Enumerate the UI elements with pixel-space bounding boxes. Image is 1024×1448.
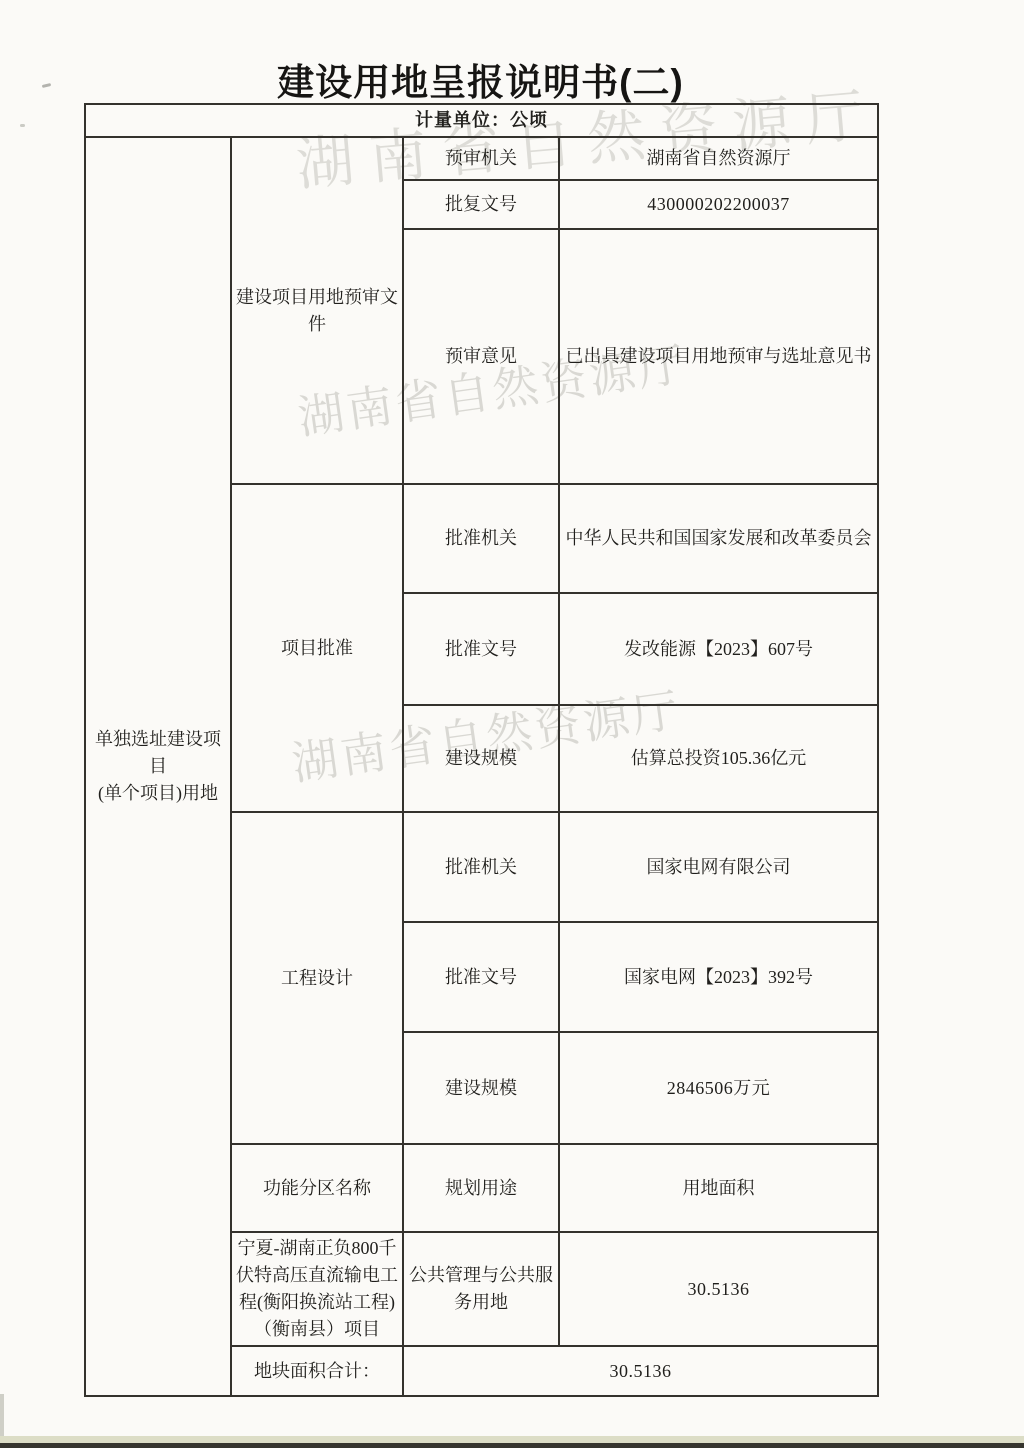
zone-land-area: 30.5136 [559, 1232, 878, 1346]
section-project-approval: 项目批准 [231, 484, 403, 812]
total-area-label: 地块面积合计： [231, 1346, 403, 1396]
zone-name-header: 功能分区名称 [231, 1144, 403, 1232]
zone-project-name: 宁夏-湖南正负800千 伏特高压直流输电工 程(衡阳换流站工程) （衡南县）项目 [231, 1232, 403, 1346]
approval-doc-number-value: 发改能源【2023】607号 [559, 593, 878, 705]
design-authority-value: 国家电网有限公司 [559, 812, 878, 922]
design-scale-label: 建设规模 [403, 1032, 559, 1144]
construction-scale-value: 估算总投资105.36亿元 [559, 705, 878, 812]
preapproval-opinion-value: 已出具建设项目用地预审与选址意见书 [559, 229, 878, 484]
document-title: 建设用地呈报说明书(二) [84, 52, 877, 106]
total-area-value: 30.5136 [403, 1346, 878, 1396]
scanned-document-page: 湖南省自然资源厅 湖南省自然资源厅 湖南省自然资源厅 建设用地呈报说明书(二) … [0, 0, 1024, 1448]
preapproval-opinion-label: 预审意见 [403, 229, 559, 484]
section-engineering-design: 工程设计 [231, 812, 403, 1144]
planned-use-header: 规划用途 [403, 1144, 559, 1232]
table-row: 单独选址建设项目 (单个项目)用地 建设项目用地预审文 件 预审机关 湖南省自然… [85, 137, 878, 180]
scan-speck [42, 83, 51, 88]
reply-doc-number-label: 批复文号 [403, 180, 559, 229]
unit-note: 计量单位：公顷 [85, 104, 878, 137]
approval-authority-label: 批准机关 [403, 484, 559, 593]
zone-planned-use: 公共管理与公共服 务用地 [403, 1232, 559, 1346]
approval-doc-number-label: 批准文号 [403, 593, 559, 705]
scan-edge-artifact [0, 1394, 4, 1448]
design-doc-number-label: 批准文号 [403, 922, 559, 1032]
design-scale-value: 2846506万元 [559, 1032, 878, 1144]
project-type-cell: 单独选址建设项目 (单个项目)用地 [85, 137, 231, 1396]
land-area-header: 用地面积 [559, 1144, 878, 1232]
scan-speck [20, 124, 25, 127]
land-report-table: 计量单位：公顷 单独选址建设项目 (单个项目)用地 建设项目用地预审文 件 预审… [84, 103, 879, 1397]
scan-bottom-band-dark [0, 1443, 1024, 1448]
section-preapproval-documents: 建设项目用地预审文 件 [231, 137, 403, 484]
preapproval-authority-value: 湖南省自然资源厅 [559, 137, 878, 180]
construction-scale-label: 建设规模 [403, 705, 559, 812]
design-doc-number-value: 国家电网【2023】392号 [559, 922, 878, 1032]
approval-authority-value: 中华人民共和国国家发展和改革委员会 [559, 484, 878, 593]
scan-bottom-band-light [0, 1436, 1024, 1443]
unit-note-row: 计量单位：公顷 [85, 104, 878, 137]
reply-doc-number-value: 430000202200037 [559, 180, 878, 229]
preapproval-authority-label: 预审机关 [403, 137, 559, 180]
design-authority-label: 批准机关 [403, 812, 559, 922]
